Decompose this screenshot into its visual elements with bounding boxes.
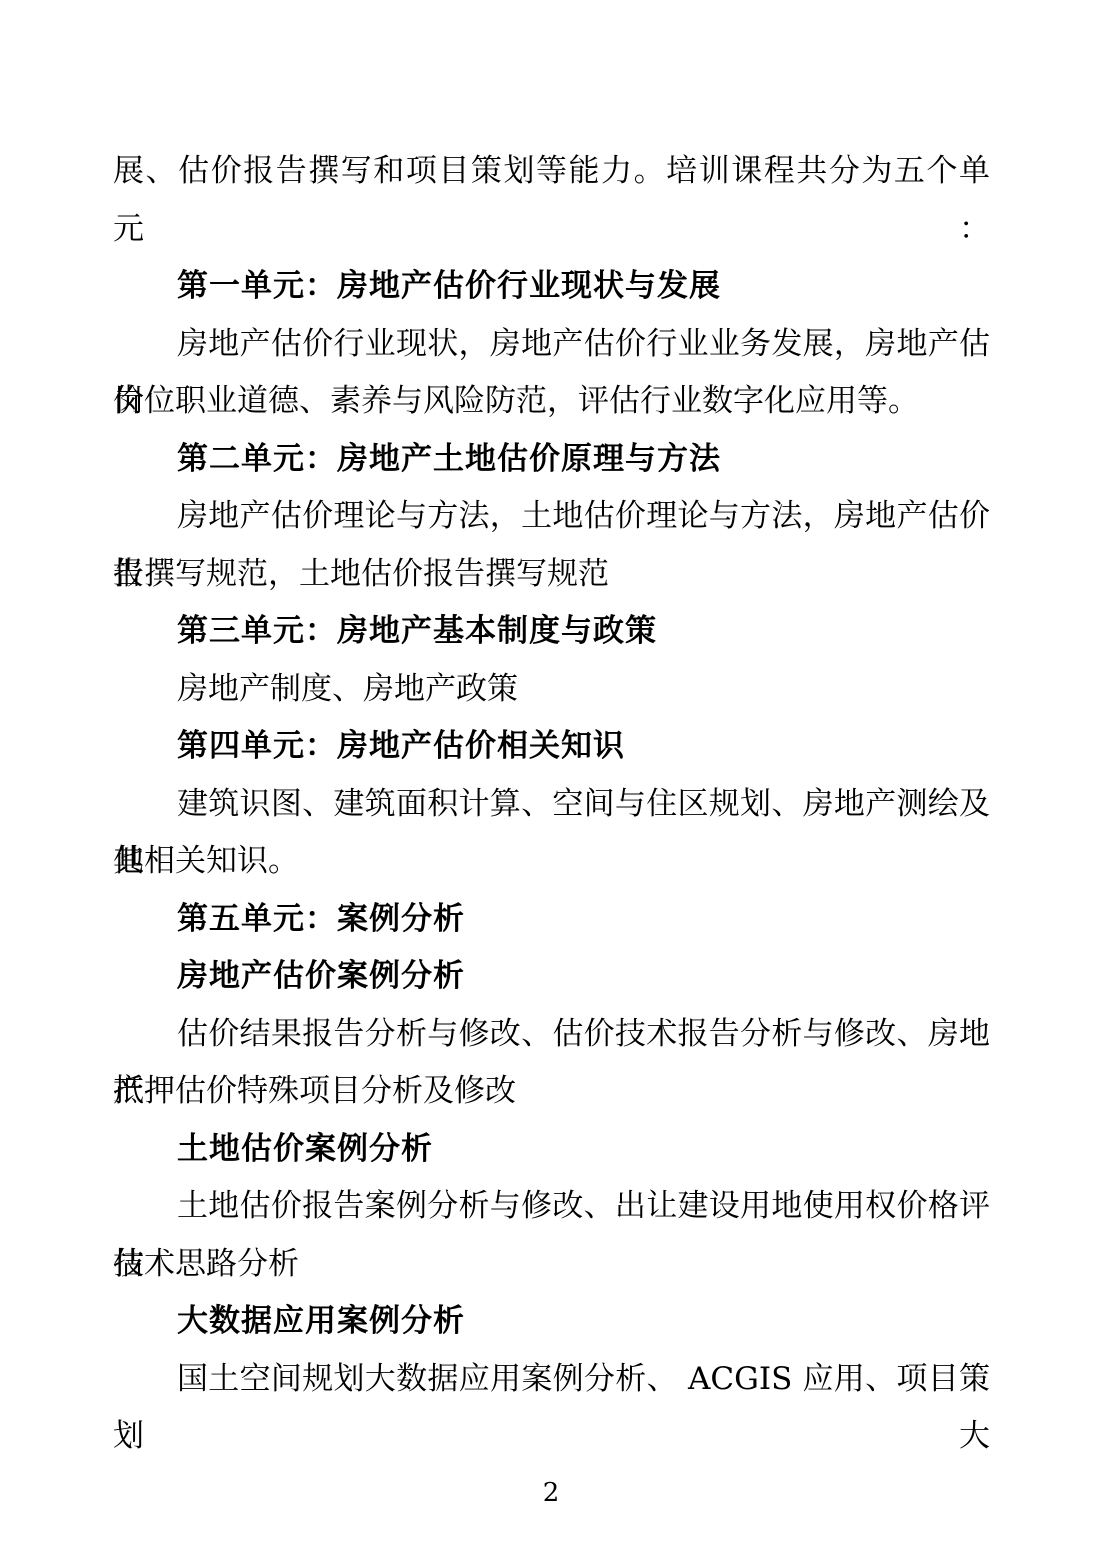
document-body: 展、估价报告撰写和项目策划等能力。培训课程共分为五个单元： 第一单元：房地产估价…: [113, 143, 990, 1408]
unit-5-heading: 第五单元：案例分析: [113, 891, 990, 949]
unit-1-body-line-1: 房地产估价行业现状，房地产估价行业业务发展，房地产估价: [113, 316, 990, 374]
unit-4-body-line-2: 他相关知识。: [113, 833, 990, 891]
page-number: 2: [0, 1478, 1102, 1508]
unit-1-heading: 第一单元：房地产估价行业现状与发展: [113, 258, 990, 316]
unit-4-body-line-1: 建筑识图、建筑面积计算、空间与住区规划、房地产测绘及其: [113, 776, 990, 834]
unit-5-sub-2-body-line-1: 土地估价报告案例分析与修改、出让建设用地使用权价格评估: [113, 1178, 990, 1236]
unit-2-body-line-2: 告撰写规范，土地估价报告撰写规范: [113, 546, 990, 604]
intro-line: 展、估价报告撰写和项目策划等能力。培训课程共分为五个单元：: [113, 143, 990, 201]
unit-1-body-line-2: 岗位职业道德、素养与风险防范，评估行业数字化应用等。: [113, 373, 990, 431]
unit-5-sub-1-heading: 房地产估价案例分析: [113, 948, 990, 1006]
unit-5-sub-2-body-line-2: 技术思路分析: [113, 1236, 990, 1294]
unit-5-sub-1-body-line-2: 抵押估价特殊项目分析及修改: [113, 1063, 990, 1121]
unit-2-body-line-1: 房地产估价理论与方法，土地估价理论与方法，房地产估价报: [113, 488, 990, 546]
unit-2-heading: 第二单元：房地产土地估价原理与方法: [113, 431, 990, 489]
unit-3-heading: 第三单元：房地产基本制度与政策: [113, 603, 990, 661]
document-page: 展、估价报告撰写和项目策划等能力。培训课程共分为五个单元： 第一单元：房地产估价…: [0, 0, 1102, 1559]
unit-3-body-line-1: 房地产制度、房地产政策: [113, 661, 990, 719]
unit-5-sub-1-body-line-1: 估价结果报告分析与修改、估价技术报告分析与修改、房地产: [113, 1006, 990, 1064]
unit-5-sub-2-heading: 土地估价案例分析: [113, 1121, 990, 1179]
unit-5-sub-3-heading: 大数据应用案例分析: [113, 1293, 990, 1351]
unit-5-sub-3-body-line-1: 国土空间规划大数据应用案例分析、 ACGIS 应用、项目策划大: [113, 1351, 990, 1409]
unit-4-heading: 第四单元：房地产估价相关知识: [113, 718, 990, 776]
